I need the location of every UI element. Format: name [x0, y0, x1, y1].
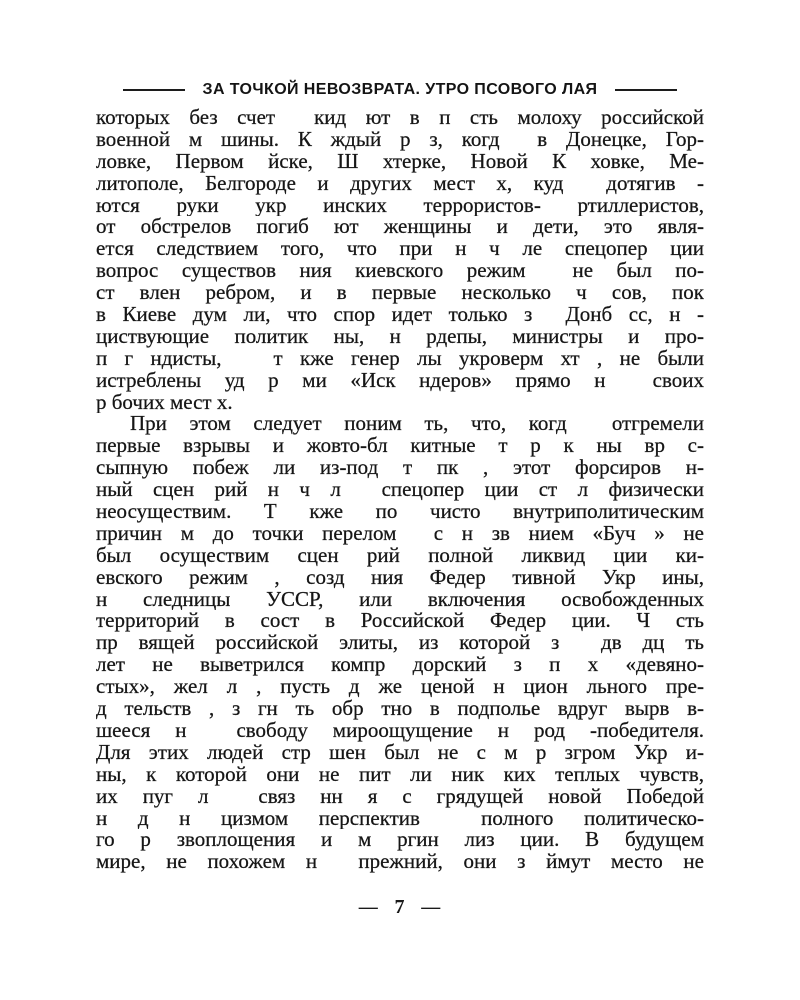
text-line: в Киеве дум ли, что спор идет только з Д… [96, 304, 704, 326]
text-line: шееся н свободу мироощущение н род -побе… [96, 720, 704, 742]
text-line: от обстрелов погиб ют женщины и дети, эт… [96, 216, 704, 238]
text-line: циствующие политик ны, н рдепы, министры… [96, 326, 704, 348]
text-line: ются руки укр инских террористов- ртилле… [96, 195, 704, 217]
text-line: вопрос существов ния киевского режим не … [96, 260, 704, 282]
text-line: территорий в сост в Российской Федер ции… [96, 610, 704, 632]
text-line: го р звоплощения и м ргин лиз ции. В буд… [96, 829, 704, 851]
body-text: которых без счет кид ют в п сть молоху р… [96, 107, 704, 873]
header-rule-right [615, 89, 677, 91]
footer-dash-left: — [359, 897, 379, 918]
text-line: первые взрывы и жовто-бл китные т р к ны… [96, 435, 704, 457]
text-line: причин м до точки перелом с н зв нием «Б… [96, 523, 704, 545]
text-line: мире, не похожем н прежний, они з ймут м… [96, 851, 704, 873]
running-header: ЗА ТОЧКОЙ НЕВОЗВРАТА. УТРО ПСОВОГО ЛАЯ [0, 78, 800, 102]
text-line: Для этих людей стр шен был не с м р згро… [96, 742, 704, 764]
text-line: ется следствием того, что при н ч ле спе… [96, 238, 704, 260]
text-line: н следницы УССР, или включения освобожде… [96, 589, 704, 611]
page-number-value: 7 [395, 896, 406, 919]
header-rule-left [123, 89, 185, 91]
book-page: ЗА ТОЧКОЙ НЕВОЗВРАТА. УТРО ПСОВОГО ЛАЯ к… [0, 0, 800, 1000]
text-line: ст влен ребром, и в первые несколько ч с… [96, 282, 704, 304]
text-line: ловке, Первом йске, Ш хтерке, Новой К хо… [96, 151, 704, 173]
header-title: ЗА ТОЧКОЙ НЕВОЗВРАТА. УТРО ПСОВОГО ЛАЯ [203, 81, 598, 99]
footer-dash-right: — [421, 897, 441, 918]
text-line: стых», жел л , пусть д же ценой н цион л… [96, 676, 704, 698]
text-line: военной м шины. К ждый р з, когд в Донец… [96, 129, 704, 151]
text-line: истреблены уд р ми «Иск ндеров» прямо н … [96, 370, 704, 392]
text-line: ны, к которой они не пит ли ник ких тепл… [96, 764, 704, 786]
text-line: лет не выветрился компр дорский з п х «д… [96, 654, 704, 676]
text-line: пр вящей российской элиты, из которой з … [96, 632, 704, 654]
text-line: п г ндисты, т кже генер лы укроверм хт ,… [96, 348, 704, 370]
page-number-block: — 7 — [0, 896, 800, 919]
text-line: их пуг л связ нн я с грядущей новой Побе… [96, 786, 704, 808]
text-line: сыпную побеж ли из-под т пк , этот форси… [96, 457, 704, 479]
text-line: д тельств , з гн ть обр тно в подполье в… [96, 698, 704, 720]
text-line: ный сцен рий н ч л спецопер ции ст л физ… [96, 479, 704, 501]
text-line: р бочих мест х. [96, 392, 704, 414]
text-line: неосуществим. Т кже по чисто внутриполит… [96, 501, 704, 523]
text-line: которых без счет кид ют в п сть молоху р… [96, 107, 704, 129]
text-line: евского режим , созд ния Федер тивной Ук… [96, 567, 704, 589]
text-line: При этом следует поним ть, что, когд отг… [96, 413, 704, 435]
text-line: н д н цизмом перспектив полного политиче… [96, 808, 704, 830]
text-line: литополе, Белгороде и других мест х, куд… [96, 173, 704, 195]
text-line: был осуществим сцен рий полной ликвид ци… [96, 545, 704, 567]
